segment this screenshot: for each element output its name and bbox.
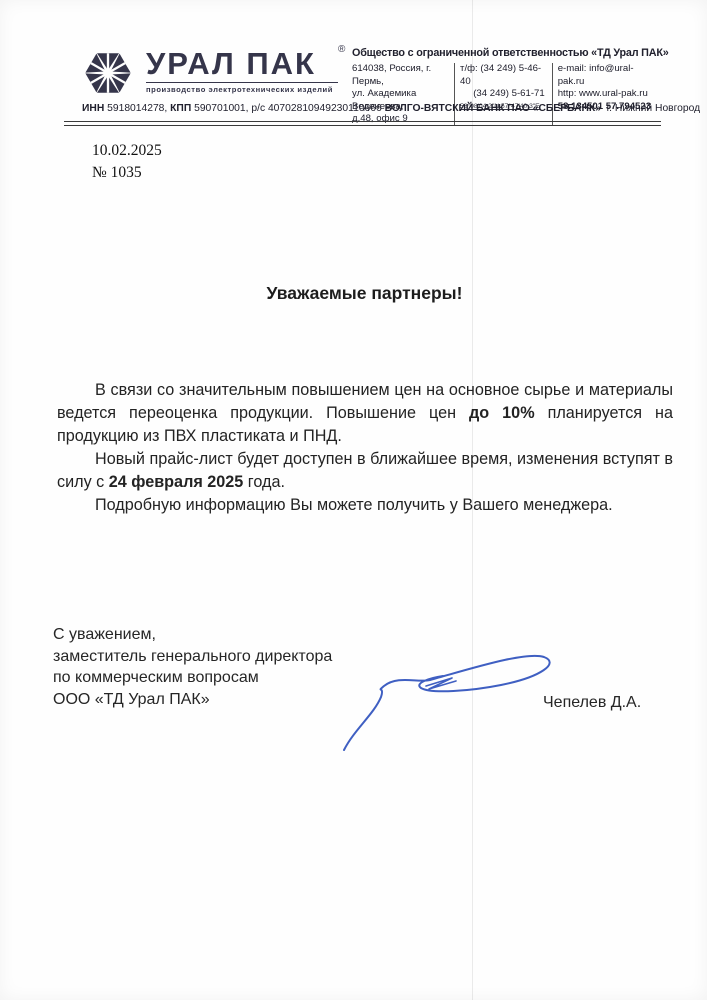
- closing-line: ООО «ТД Урал ПАК»: [53, 689, 332, 711]
- signature-stroke-main: [344, 656, 550, 750]
- bank-requisites-line: ИНН 5918014278, КПП 590701001, р/с 40702…: [82, 103, 700, 114]
- address-line: 614038, Россия, г. Пермь,: [352, 63, 449, 88]
- brand-wordmark-block: УРАЛ ПАК производство электротехнических…: [146, 48, 338, 94]
- bank-city: г. Нижний Новгород: [601, 103, 700, 114]
- letter-date: 10.02.2025: [92, 140, 162, 162]
- letter-meta-block: 10.02.2025 № 1035: [92, 140, 162, 184]
- inn-value: 5918014278,: [104, 103, 170, 114]
- closing-line: по коммерческим вопросам: [53, 667, 332, 689]
- scanned-letter-page: УРАЛ ПАК производство электротехнических…: [0, 0, 707, 1000]
- contact-row: 614038, Россия, г. Пермь, ул. Академика …: [352, 63, 658, 126]
- web-block: e-mail: info@ural-pak.ru http: www.ural-…: [552, 63, 658, 126]
- body-paragraph: В связи со значительным повышением цен н…: [57, 379, 673, 448]
- body-paragraph: Новый прайс-лист будет доступен в ближай…: [57, 448, 673, 494]
- kpp-label: КПП: [170, 103, 191, 114]
- salutation: Уважаемые партнеры!: [0, 283, 707, 304]
- registered-trademark-symbol: ®: [338, 44, 345, 55]
- bank-name: ВОЛГО-ВЯТСКИЙ БАНК ПАО «СБЕРБАНК»: [385, 103, 601, 114]
- inn-label: ИНН: [82, 103, 104, 114]
- brand-wordmark: УРАЛ ПАК: [146, 48, 338, 80]
- email-line: e-mail: info@ural-pak.ru: [558, 63, 653, 88]
- signer-name: Чепелев Д.А.: [543, 694, 641, 712]
- phone-line: (34 249) 5-61-71: [460, 88, 547, 101]
- closing-line: С уважением,: [53, 624, 332, 646]
- address-block: 614038, Россия, г. Пермь, ул. Академика …: [352, 63, 454, 126]
- letter-body: В связи со значительным повышением цен н…: [57, 379, 673, 517]
- body-paragraph: Подробную информацию Вы можете получить …: [57, 494, 673, 517]
- closing-block: С уважением, заместитель генерального ди…: [53, 624, 332, 710]
- website-line: http: www.ural-pak.ru: [558, 88, 653, 101]
- letter-number: № 1035: [92, 162, 162, 184]
- kpp-account-value: 590701001, р/с 40702810949230110666: [191, 103, 384, 114]
- handwritten-signature: [330, 636, 575, 766]
- header-divider-rule: [64, 121, 661, 126]
- closing-line: заместитель генерального директора: [53, 646, 332, 668]
- phones-block: т/ф: (34 249) 5-46-40 (34 249) 5-61-71 5…: [454, 63, 552, 126]
- phone-line: т/ф: (34 249) 5-46-40: [460, 63, 547, 88]
- company-full-name: Общество с ограниченной ответственностью…: [352, 47, 658, 59]
- uralpak-hex-snowflake-logo-icon: [78, 44, 138, 107]
- brand-tagline: производство электротехнических изделий: [146, 82, 338, 94]
